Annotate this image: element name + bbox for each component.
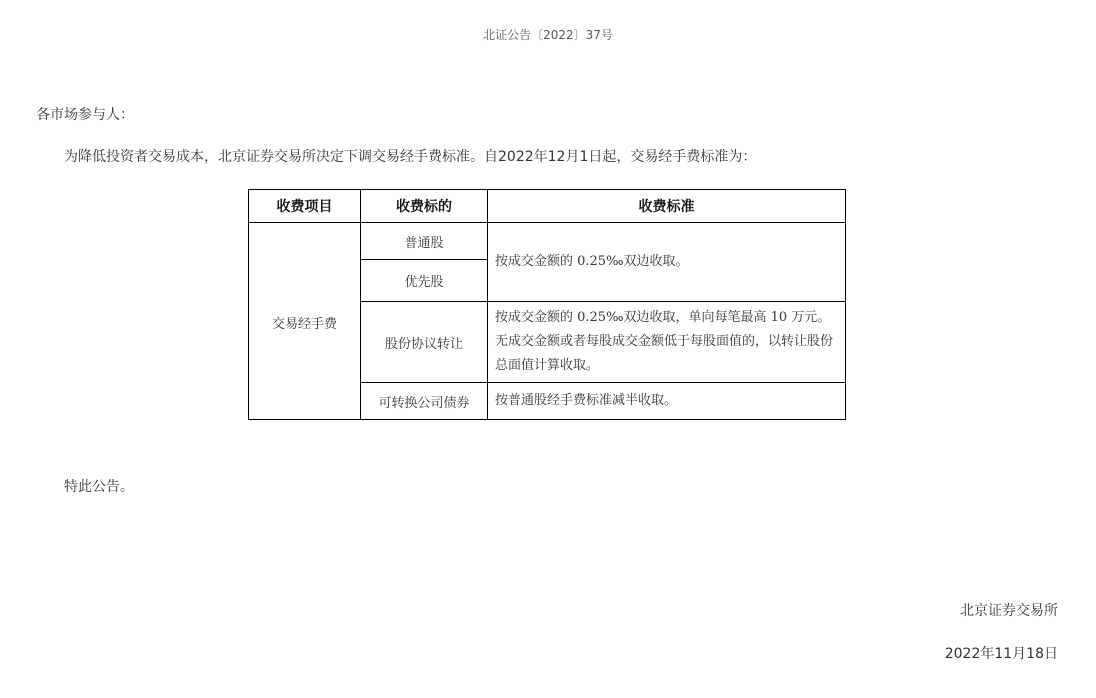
salutation: 各市场参与人： <box>36 104 134 124</box>
header-fee-target: 收费标的 <box>361 190 488 223</box>
target-cell: 普通股 <box>361 223 488 260</box>
target-cell: 可转换公司债券 <box>361 383 488 420</box>
intro-paragraph: 为降低投资者交易成本，北京证券交易所决定下调交易经手费标准。自2022年12月1… <box>64 146 756 166</box>
signer: 北京证券交易所 <box>960 600 1058 620</box>
header-fee-standard: 收费标准 <box>488 190 846 223</box>
fee-table: 收费项目 收费标的 收费标准 交易经手费 普通股 按成交金额的 0.25‰双边收… <box>248 189 846 420</box>
standard-cell: 按成交金额的 0.25‰双边收取。 <box>488 223 846 302</box>
standard-line: 按成交金额的 0.25‰双边收取，单向每笔最高 10 万元。 <box>495 306 841 330</box>
issue-date: 2022年11月18日 <box>945 643 1058 663</box>
document-number: 北证公告〔2022〕37号 <box>0 26 1096 43</box>
target-cell: 优先股 <box>361 260 488 302</box>
table-header-row: 收费项目 收费标的 收费标准 <box>249 190 846 223</box>
standard-cell: 按成交金额的 0.25‰双边收取，单向每笔最高 10 万元。 无成交金额或者每股… <box>488 302 846 383</box>
fee-category-cell: 交易经手费 <box>249 223 361 420</box>
header-fee-item: 收费项目 <box>249 190 361 223</box>
standard-line: 无成交金额或者每股成交金额低于每股面值的，以转让股份总面值计算收取。 <box>495 330 841 378</box>
target-cell: 股份协议转让 <box>361 302 488 383</box>
table-row: 交易经手费 普通股 按成交金额的 0.25‰双边收取。 <box>249 223 846 260</box>
standard-cell: 按普通股经手费标准减半收取。 <box>488 383 846 420</box>
closing-remark: 特此公告。 <box>64 476 134 496</box>
